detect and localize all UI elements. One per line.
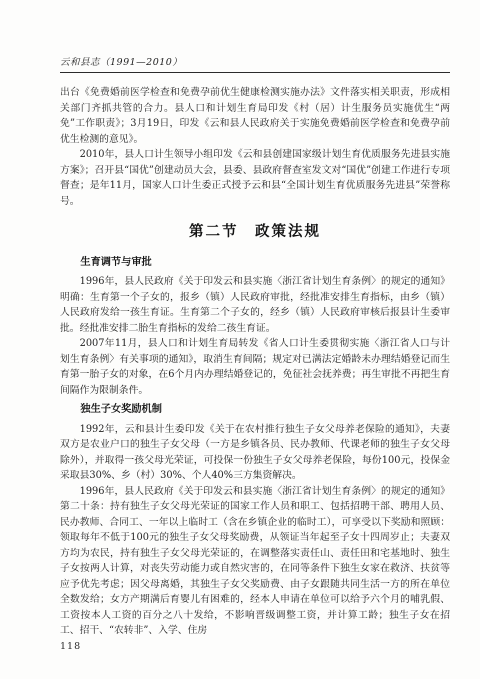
header-rule (60, 72, 450, 73)
section-title: 第二节 政策法规 (60, 225, 450, 241)
page-number: 118 (60, 641, 81, 652)
subsection1-paragraph-2: 2007年11月，县人口和计划生育局转发《省人口计生委贯彻实施〈浙江省人口与计划… (60, 336, 450, 398)
subsection2-paragraph-2: 1996年，县人民政府《关于印发云和县实施〈浙江省计划生育条例〉的规定的通知》第… (60, 484, 450, 639)
subsection-heading-birth-regulation: 生育调节与审批 (60, 255, 450, 271)
subsection2-paragraph-1: 1992年，云和县计生委印发《关于在农村推行独生子女父母养老保险的通知》，夫妻双… (60, 422, 450, 484)
intro-paragraph-1: 出台《免费婚前医学检查和免费孕前优生健康检测实施办法》文件落实相关职责，形成相关… (60, 85, 450, 147)
document-page: 云和县志（1991—2010） 出台《免费婚前医学检查和免费孕前优生健康检测实施… (0, 0, 480, 679)
body-text: 出台《免费婚前医学检查和免费孕前优生健康检测实施办法》文件落实相关职责，形成相关… (60, 85, 450, 639)
text-block: 云和县志（1991—2010） 出台《免费婚前医学检查和免费孕前优生健康检测实施… (60, 54, 450, 639)
subsection-heading-only-child-reward: 独生子女奖励机制 (60, 402, 450, 418)
subsection1-paragraph-1: 1996年，县人民政府《关于印发云和县实施〈浙江省计划生育条例〉的规定的通知》明… (60, 274, 450, 336)
running-header-title: 云和县志（1991—2010） (60, 54, 450, 72)
intro-paragraph-2: 2010年，县人口计生领导小组印发《云和县创建国家级计划生育优质服务先进县实施方… (60, 147, 450, 209)
